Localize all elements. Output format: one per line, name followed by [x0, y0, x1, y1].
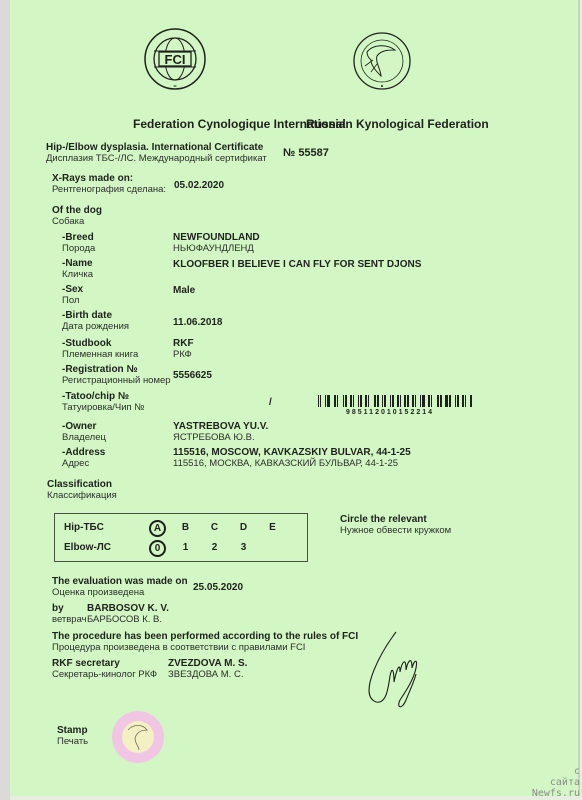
grade-D: D: [236, 522, 251, 533]
vet-name-en: BARBOSOV K. V.: [87, 603, 169, 614]
by-label-en: by: [52, 603, 64, 614]
watermark-line3: Newfs.ru: [532, 788, 580, 799]
certificate-number: № 55587: [283, 147, 329, 159]
sex-label-ru: Пол: [62, 295, 79, 306]
address-label-en: -Address: [62, 447, 105, 458]
chip-label-ru: Татуировка/Чип №: [62, 402, 144, 413]
xray-label-ru: Рентгенография сделана:: [52, 184, 166, 195]
name-label-en: -Name: [62, 258, 93, 269]
xray-date: 05.02.2020: [174, 180, 224, 191]
birth-value: 11.06.2018: [173, 317, 223, 328]
hip-label: Hip-ТБС: [64, 522, 104, 533]
secretary-name-ru: ЗВЕЗДОВА М. С.: [168, 669, 243, 680]
grades-box: Hip-ТБС Elbow-ЛС ABCDE 0123: [54, 513, 308, 562]
studbook-value-ru: РКФ: [173, 349, 192, 360]
certificate-page: FCI = Federation Cynologique Internation…: [10, 0, 580, 796]
xray-label-en: X-Rays made on:: [52, 173, 133, 184]
chip-label-en: -Tatoo/chip №: [62, 391, 129, 402]
owner-label-ru: Владелец: [62, 432, 106, 443]
grade-3: 3: [236, 542, 251, 553]
grade-A: A: [149, 520, 166, 537]
chip-barcode: [318, 395, 498, 407]
secretary-label-en: RKF secretary: [52, 658, 120, 669]
circle-note-ru: Нужное обвести кружком: [340, 525, 451, 536]
sex-label-en: -Sex: [62, 284, 83, 295]
stamp-label-ru: Печать: [57, 736, 88, 747]
address-value-en: 115516, MOSCOW, KAVKAZSKIY BULVAR, 44-1-…: [173, 447, 411, 458]
dog-section-en: Of the dog: [52, 205, 102, 216]
procedure-text-en: The procedure has been performed accordi…: [52, 631, 358, 642]
evaluation-date: 25.05.2020: [193, 582, 243, 593]
breed-value-ru: НЬЮФАУНДЛЕНД: [173, 243, 254, 254]
owner-value-en: YASTREBOVA YU.V.: [173, 421, 268, 432]
evaluation-label-ru: Оценка произведена: [52, 587, 144, 598]
name-value: KLOOFBER I BELIEVE I CAN FLY FOR SENT DJ…: [173, 259, 421, 270]
signature-icon: [356, 630, 436, 715]
rkf-name: Russian Kynological Federation: [306, 117, 489, 131]
svg-text:=: =: [173, 84, 177, 90]
sex-value: Male: [173, 285, 195, 296]
elbow-label: Elbow-ЛС: [64, 542, 111, 553]
breed-value-en: NEWFOUNDLAND: [173, 232, 260, 243]
secretary-name-en: ZVEZDOVA M. S.: [168, 658, 247, 669]
evaluation-label-en: The evaluation was made on: [52, 576, 188, 587]
tattoo-value: /: [269, 397, 272, 408]
chip-number: 985112010152214: [346, 409, 434, 416]
owner-label-en: -Owner: [62, 421, 96, 432]
grade-0: 0: [149, 540, 166, 557]
registration-label-en: -Registration №: [62, 364, 138, 375]
certificate-title-en: Hip-/Elbow dysplasia. International Cert…: [46, 142, 263, 153]
secretary-label-ru: Секретарь-кинолог РКФ: [52, 669, 157, 680]
vet-name-ru: БАРБОСОВ К. В.: [87, 614, 162, 625]
procedure-text-ru: Процедура произведена в соответствии с п…: [52, 642, 305, 653]
grade-E: E: [265, 522, 280, 533]
circle-note-en: Circle the relevant: [340, 514, 427, 525]
grade-B: B: [178, 522, 193, 533]
studbook-value-en: RKF: [173, 338, 194, 349]
rkf-borzoi-logo: [351, 30, 413, 92]
registration-label-ru: Регистрационный номер: [62, 375, 171, 386]
fci-globe-logo: FCI =: [143, 25, 207, 93]
by-label-ru: ветврач: [52, 614, 87, 625]
breed-label-ru: Порода: [62, 243, 95, 254]
birth-label-en: -Birth date: [62, 310, 112, 321]
svg-text:FCI: FCI: [165, 52, 186, 67]
breed-label-en: -Breed: [62, 232, 94, 243]
registration-value: 5556625: [173, 370, 212, 381]
address-value-ru: 115516, МОСКВА, КАВКАЗСКИЙ БУЛЬВАР, 44-1…: [173, 458, 398, 469]
watermark-line1: с: [574, 766, 580, 777]
certificate-title-ru: Дисплазия ТБС-/ЛС. Международный сертифи…: [46, 153, 267, 164]
dog-section-ru: Собака: [52, 216, 84, 227]
grade-2: 2: [207, 542, 222, 553]
studbook-label-en: -Studbook: [62, 338, 111, 349]
stamp-label-en: Stamp: [57, 725, 88, 736]
classification-label-en: Classification: [47, 479, 112, 490]
birth-label-ru: Дата рождения: [62, 321, 129, 332]
stamp-icon: [111, 710, 165, 764]
studbook-label-ru: Племенная книга: [62, 349, 138, 360]
name-label-ru: Кличка: [62, 269, 93, 280]
owner-value-ru: ЯСТРЕБОВА Ю.В.: [173, 432, 255, 443]
grade-C: C: [207, 522, 222, 533]
address-label-ru: Адрес: [62, 458, 89, 469]
classification-label-ru: Классификация: [47, 490, 117, 501]
scan-edge: [0, 0, 10, 800]
grade-1: 1: [178, 542, 193, 553]
watermark-line2: сайта: [550, 777, 580, 788]
